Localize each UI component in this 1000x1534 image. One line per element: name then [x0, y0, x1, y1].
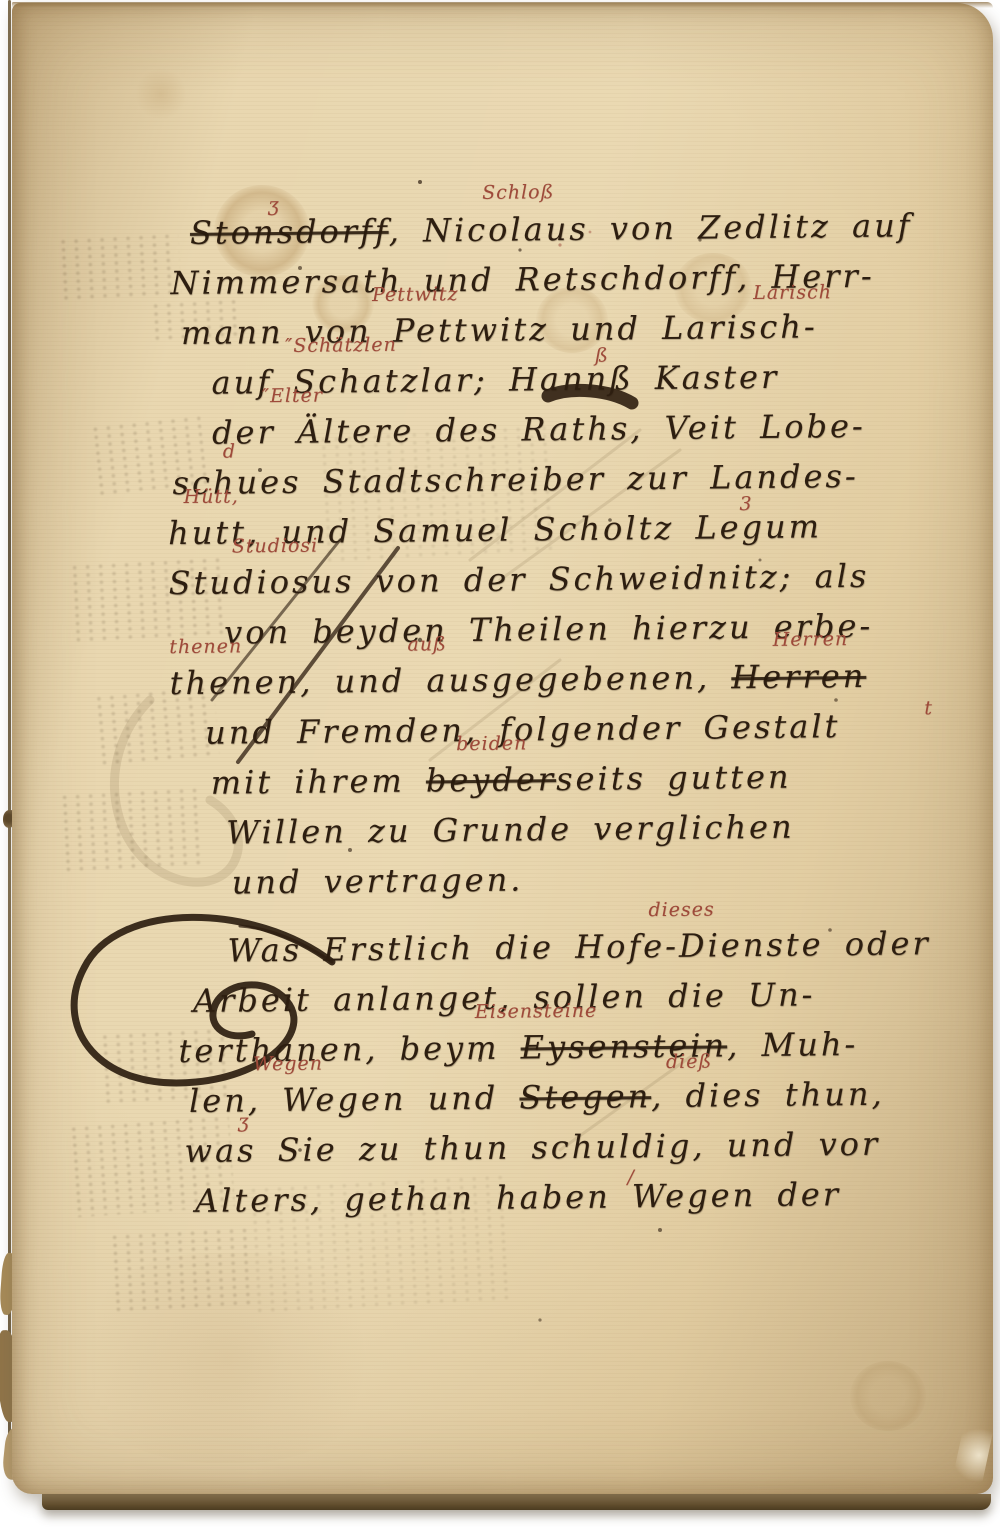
manuscript-text-segment: seits gutten	[556, 758, 792, 798]
red-ink-correction: ʒ	[268, 195, 280, 215]
manuscript-line: ʒwas Sie zu thun schuldig, und vor	[174, 1118, 968, 1176]
manuscript-text-segment: thenen, und ausgegebenen,	[169, 658, 731, 702]
manuscript-text-segment: Alters, gethan haben Wegen der	[195, 1175, 841, 1220]
manuscript-line: Willen zu Grunde verglichen	[171, 800, 965, 858]
manuscript-text-segment: mann von Pettwitz und Larisch-	[181, 307, 818, 352]
manuscript-text-segment: Willen zu Grunde verglichen	[226, 808, 795, 852]
paper-stain	[850, 1361, 926, 1431]
manuscript-scan: ʒSchloßStonsdorff, Nicolaus von Zedlitz …	[0, 0, 1000, 1534]
manuscript-text-segment: mit ihrem	[211, 761, 427, 801]
paper-stain	[134, 69, 188, 119]
struck-word: Stonsdorff	[190, 212, 389, 252]
manuscript-line: thenenaußHerrenthenen, und ausgegebenen,…	[169, 650, 963, 708]
struck-word: Stegen	[519, 1077, 651, 1116]
manuscript-line: beidenmit ihrem beyderseits gutten	[170, 750, 964, 808]
red-ink-correction: ″Schätzlen	[285, 335, 397, 356]
manuscript-text-segment: , Nicolaus von Zedlitz auf	[388, 206, 912, 249]
red-ink-correction: thenen	[169, 636, 242, 657]
manuscript-line: Wegendießlen, Wegen und Stegen, dies thu…	[174, 1068, 968, 1126]
manuscript-line: ″Elterder Ältere des Raths, Veit Lobe-	[167, 400, 961, 458]
manuscript-line: /Alters, gethan haben Wegen der	[175, 1168, 969, 1226]
manuscript-text-segment: , dies thun,	[651, 1075, 885, 1115]
manuscript-text-segment: schues Stadtschreiber zur Landes-	[172, 457, 859, 502]
manuscript-line: diesesWas Erstlich die Hofe-Dienste oder	[172, 918, 966, 976]
page-top-edge	[12, 2, 993, 8]
red-ink-correction: /	[627, 1167, 635, 1187]
struck-word: beyder	[426, 760, 557, 799]
manuscript-text-segment: , Muh-	[727, 1025, 859, 1064]
manuscript-text-segment: terthanen, beym	[178, 1029, 521, 1071]
red-ink-correction: ß	[595, 346, 609, 366]
red-ink-correction: Larisch	[753, 282, 832, 303]
manuscript-line: tund Fremden, folgender Gestalt	[170, 700, 964, 758]
manuscript-text-segment: Studiosus von der Schweidnitz; als	[168, 557, 869, 602]
red-ink-correction: dieses	[648, 899, 714, 920]
red-ink-correction: Studiosi	[232, 536, 319, 557]
red-ink-correction: beiden	[456, 733, 527, 754]
red-ink-correction: Pettwitz	[372, 284, 459, 305]
red-ink-correction: auß	[407, 634, 446, 654]
struck-word: Herren	[731, 657, 866, 696]
manuscript-line: dschues Stadtschreiber zur Landes-	[167, 450, 961, 508]
binding-spine-line	[8, 0, 11, 1464]
manuscript-text-segment: der Ältere des Raths, Veit Lobe-	[212, 407, 866, 452]
red-ink-correction: d	[223, 441, 236, 461]
red-ink-correction: Herren	[773, 629, 849, 650]
red-ink-correction: ʒ	[238, 1111, 250, 1131]
red-ink-correction: 3	[739, 494, 752, 514]
red-ink-correction: t	[924, 698, 933, 718]
handwritten-text: ʒSchloßStonsdorff, Nicolaus von Zedlitz …	[165, 200, 970, 1226]
manuscript-line: ʒSchloßStonsdorff, Nicolaus von Zedlitz …	[165, 200, 959, 258]
underlying-sheet-edge	[42, 1494, 991, 1510]
manuscript-text-segment: und vertragen.	[232, 860, 524, 901]
manuscript-line: und vertragen.	[171, 850, 965, 908]
red-ink-correction: Wegen	[253, 1054, 323, 1075]
red-ink-correction: Eisensteine	[475, 1001, 598, 1022]
manuscript-line: Nimmersath und Retschdorff, Herr-	[165, 250, 959, 308]
manuscript-text-segment: was Sie zu thun schuldig, und vor	[184, 1125, 880, 1170]
manuscript-line: StudiosiStudiosus von der Schweidnitz; a…	[168, 550, 962, 608]
red-ink-correction: ″Elter	[262, 386, 323, 407]
paper-stain	[72, 1253, 382, 1463]
red-ink-correction: Hütt,	[183, 486, 238, 507]
red-ink-correction: Schloß	[482, 182, 554, 203]
red-ink-correction: dieß	[666, 1052, 712, 1072]
manuscript-text-segment: Was Erstlich die Hofe-Dienste oder	[227, 924, 931, 969]
